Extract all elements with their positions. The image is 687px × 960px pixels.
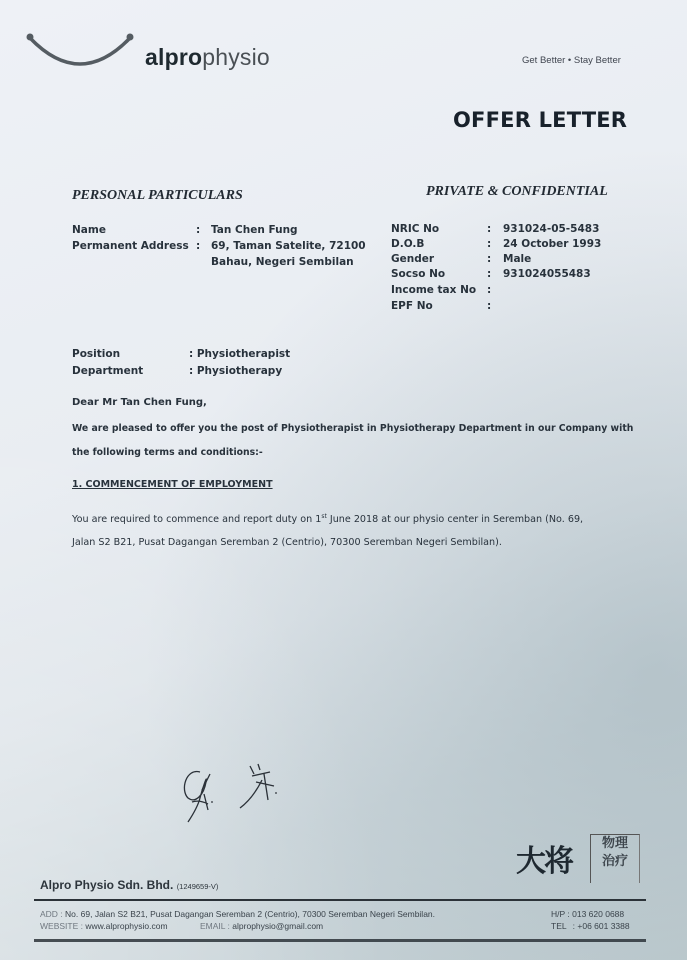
- footer-hp: H/P : 013 620 0688: [551, 909, 624, 919]
- field-label-position: Position: [72, 346, 120, 362]
- stamp-box: 物理 治疗: [590, 834, 640, 883]
- field-label-department: Department: [72, 363, 143, 379]
- intro-paragraph-line2: the following terms and conditions:-: [72, 447, 263, 458]
- company-name: Alpro Physio Sdn. Bhd. (1249659-V): [40, 878, 218, 892]
- footer-tel: TEL : +06 601 3388: [551, 921, 630, 931]
- colon: :: [487, 298, 491, 314]
- colon: :: [487, 221, 491, 237]
- signature-icon: [178, 760, 298, 824]
- intro-paragraph-line1: We are pleased to offer you the post of …: [72, 423, 633, 434]
- stamp-chinese-name: 大将: [516, 836, 572, 880]
- field-value-socso: 931024055483: [503, 266, 591, 282]
- field-label-socso: Socso No: [391, 266, 445, 282]
- brand-logo-text: alprophysio: [145, 44, 270, 71]
- stamp-box-line2: 治疗: [591, 853, 639, 871]
- footer-bottom-rule: [34, 939, 646, 942]
- field-value-address-line2: Bahau, Negeri Sembilan: [211, 254, 354, 270]
- clause-1-line2: Jalan S2 B21, Pusat Dagangan Seremban 2 …: [72, 537, 502, 548]
- field-label-dob: D.O.B: [391, 236, 424, 252]
- field-label-epf: EPF No: [391, 298, 433, 314]
- confidential-heading: PRIVATE & CONFIDENTIAL: [426, 184, 608, 200]
- field-label-income-tax: Income tax No: [391, 282, 476, 298]
- field-value-address-line1: 69, Taman Satelite, 72100: [211, 238, 366, 254]
- field-value-department: : Physiotherapy: [189, 363, 282, 379]
- document-title: OFFER LETTER: [453, 108, 627, 132]
- field-value-name: Tan Chen Fung: [211, 222, 298, 238]
- field-label-gender: Gender: [391, 251, 434, 267]
- footer-address: ADD : No. 69, Jalan S2 B21, Pusat Dagang…: [40, 909, 435, 919]
- colon: :: [196, 222, 200, 238]
- personal-particulars-heading: PERSONAL PARTICULARS: [72, 188, 243, 204]
- field-label-nric: NRIC No: [391, 221, 439, 237]
- colon: :: [487, 266, 491, 282]
- colon: :: [487, 236, 491, 252]
- field-value-gender: Male: [503, 251, 531, 267]
- field-label-name: Name: [72, 222, 106, 238]
- salutation: Dear Mr Tan Chen Fung,: [72, 397, 207, 408]
- colon: :: [487, 251, 491, 267]
- clause-1-heading: 1. COMMENCEMENT OF EMPLOYMENT: [72, 479, 273, 490]
- tagline: Get Better • Stay Better: [522, 55, 621, 66]
- stamp-box-line1: 物理: [591, 835, 639, 853]
- smile-logo-icon: [24, 30, 136, 72]
- field-value-dob: 24 October 1993: [503, 236, 601, 252]
- field-value-position: : Physiotherapist: [189, 346, 290, 362]
- field-label-address: Permanent Address: [72, 238, 189, 254]
- colon: :: [487, 282, 491, 298]
- colon: :: [196, 238, 200, 254]
- field-value-nric: 931024-05-5483: [503, 221, 599, 237]
- footer-email: EMAIL : alprophysio@gmail.com: [200, 921, 323, 931]
- clause-1-line1: You are required to commence and report …: [72, 513, 583, 525]
- footer-website: WEBSITE : www.alprophysio.com: [40, 921, 168, 931]
- footer-divider: [34, 899, 646, 901]
